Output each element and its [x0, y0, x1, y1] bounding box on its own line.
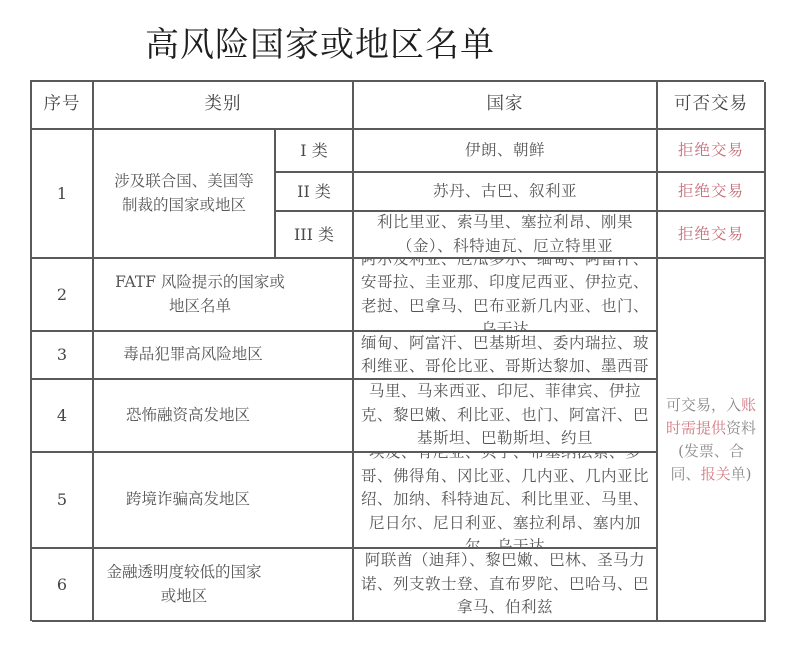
row-4-category: 恐怖融资高发地区	[94, 380, 354, 453]
header-countries: 国家	[354, 82, 658, 130]
row-1-class-2-tradable: 拒绝交易	[658, 173, 766, 212]
row-1-class-1-countries: 伊朗、朝鲜	[354, 130, 658, 173]
header-index: 序号	[32, 82, 94, 130]
row-1-class-3-countries: 利比里亚、索马里、塞拉利昂、刚果（金）、科特迪瓦、厄立特里亚	[354, 212, 658, 259]
rows-2-6-tradable: 可交易，入账时需提供资料(发票、合同、报关单)	[658, 259, 766, 622]
row-5-category: 跨境诈骗高发地区	[94, 453, 354, 549]
row-6-category: 金融透明度较低的国家或地区	[94, 549, 354, 622]
page-title: 高风险国家或地区名单	[92, 20, 548, 70]
high-risk-countries-table: 序号 类别 国家 可否交易 1 涉及联合国、美国等制裁的国家或地区 I 类 伊朗…	[30, 80, 764, 621]
row-6-countries: 阿联酋（迪拜）、黎巴嫩、巴林、圣马力诺、列支敦士登、直布罗陀、巴哈马、巴拿马、伯…	[354, 549, 658, 622]
row-6-index: 6	[32, 549, 94, 622]
row-2-index: 2	[32, 259, 94, 332]
tradable-note: 可交易，入账时需提供资料(发票、合同、报关单)	[664, 394, 758, 486]
row-5-countries: 埃及、肯尼亚、贝宁、布基纳法索、多哥、佛得角、冈比亚、几内亚、几内亚比绍、加纳、…	[354, 453, 658, 549]
header-category: 类别	[94, 82, 354, 130]
row-1-class-1-tradable: 拒绝交易	[658, 130, 766, 173]
row-3-countries: 缅甸、阿富汗、巴基斯坦、委内瑞拉、玻利维亚、哥伦比亚、哥斯达黎加、墨西哥	[354, 332, 658, 380]
row-1-index: 1	[32, 130, 94, 259]
row-3-category: 毒品犯罪高风险地区	[94, 332, 354, 380]
row-1-class-3-tradable: 拒绝交易	[658, 212, 766, 259]
row-5-index: 5	[32, 453, 94, 549]
row-3-index: 3	[32, 332, 94, 380]
row-1-class-2-countries: 苏丹、古巴、叙利亚	[354, 173, 658, 212]
row-1-class-2: II 类	[276, 173, 354, 212]
row-4-countries: 马里、马来西亚、印尼、菲律宾、伊拉克、黎巴嫩、利比亚、也门、阿富汗、巴基斯坦、巴…	[354, 380, 658, 453]
row-1-class-1: I 类	[276, 130, 354, 173]
header-tradable: 可否交易	[658, 82, 766, 130]
row-2-category: FATF 风险提示的国家或地区名单	[94, 259, 354, 332]
row-1-category: 涉及联合国、美国等制裁的国家或地区	[94, 130, 276, 259]
row-1-class-3: III 类	[276, 212, 354, 259]
row-2-countries: 阿尔及利亚、厄瓜多尔、缅甸、阿富汗、安哥拉、圭亚那、印度尼西亚、伊拉克、老挝、巴…	[354, 259, 658, 332]
row-4-index: 4	[32, 380, 94, 453]
